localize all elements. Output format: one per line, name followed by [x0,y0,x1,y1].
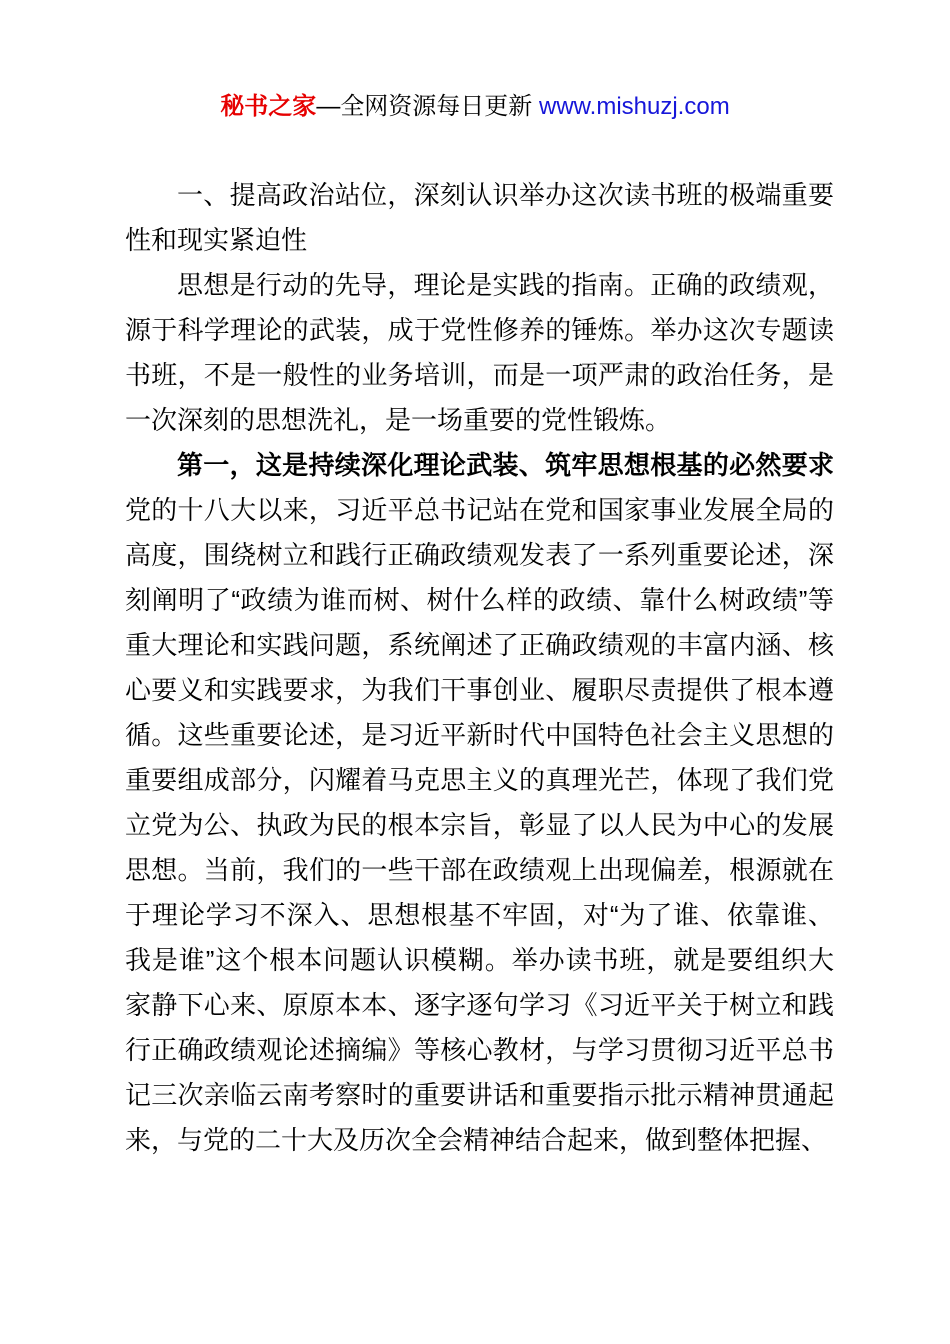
paragraph: 第一，这是持续深化理论武装、筑牢思想根基的必然要求党的十八大以来，习近平总书记站… [125,443,834,1163]
document-page: 秘书之家—全网资源每日更新 www.mishuzj.com 一、提高政治站位，深… [0,0,950,1344]
section-heading: 一、提高政治站位，深刻认识举办这次读书班的极端重要性和现实紧迫性 [125,173,834,263]
document-body: 一、提高政治站位，深刻认识举办这次读书班的极端重要性和现实紧迫性思想是行动的先导… [125,173,834,1163]
site-header: 秘书之家—全网资源每日更新 www.mishuzj.com [0,0,950,123]
site-url-link[interactable]: www.mishuzj.com [539,93,730,120]
paragraph: 思想是行动的先导，理论是实践的指南。正确的政绩观，源于科学理论的武装，成于党性修… [125,263,834,443]
site-tagline: —全网资源每日更新 [316,93,539,120]
site-logo-text: 秘书之家 [220,93,316,120]
paragraph-bold-lead: 第一，这是持续深化理论武装、筑牢思想根基的必然要求 [177,450,834,480]
